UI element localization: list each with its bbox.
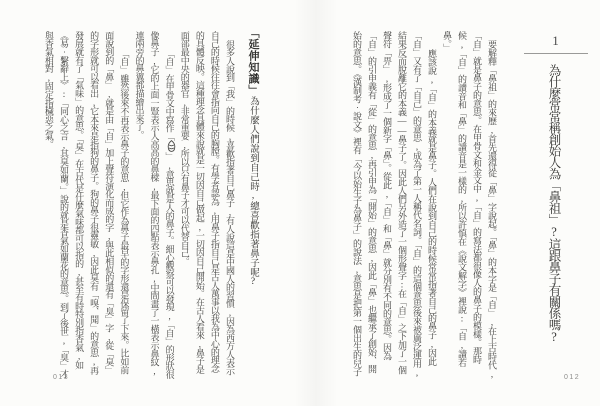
- note-paragraph: 「自」在甲骨文中寫作「 」,意思就是人的鼻子。細心觀察可以發現,「自」的形狀很像…: [131, 31, 176, 379]
- note-paragraph: 很多人說到「我」的時候,喜歡指著自己鼻子,有人說這是中國人的習慣,因為西方人表示…: [177, 31, 237, 379]
- page-gutter: [294, 0, 338, 406]
- note-paragraph-segment: 「自」在甲骨文中寫作「: [165, 49, 175, 140]
- chapter-number: 1: [524, 33, 588, 54]
- extended-knowledge-question: 為什麼人們說到自己時,總喜歡指著鼻子呢?: [248, 96, 258, 287]
- extended-knowledge-header: 「延伸知識」為什麼人們說到自己時,總喜歡指著鼻子呢?: [243, 27, 263, 367]
- main-paragraph: 要解釋「鼻祖」的來歷,首先還得從「鼻」字說起。「鼻」的本字是「自」,在上古時代,…: [439, 31, 499, 379]
- note-paragraph: 「自」雖然後來不再表示鼻子的意思,但它作為鼻子最早的字形還是保留了下來。比如前面…: [41, 31, 132, 379]
- oracle-bone-zi-glyph-icon: [167, 140, 176, 152]
- extended-knowledge-label: 「延伸知識」: [247, 27, 259, 96]
- chapter-title: 為什麼常常稱創始人為「鼻祖」?這跟鼻子有關係嗎?: [540, 64, 568, 356]
- main-text: 要解釋「鼻祖」的來歷,首先還得從「鼻」字說起。「鼻」的本字是「自」,在上古時代,…: [347, 31, 499, 379]
- page-number-right: 012: [564, 374, 580, 381]
- book-spread: 1 為什麼常常稱創始人為「鼻祖」?這跟鼻子有關係嗎? 要解釋「鼻祖」的來歷,首先…: [0, 0, 600, 406]
- page-number-left: 013: [53, 374, 69, 381]
- note-text: 很多人說到「我」的時候,喜歡指著自己鼻子,有人說這是中國人的習慣,因為西方人表示…: [40, 31, 237, 379]
- main-paragraph: 應該說,「自」的本義就是鼻子。人們在說到自己的時候常常指著自己的鼻子,因此「自」…: [347, 31, 439, 379]
